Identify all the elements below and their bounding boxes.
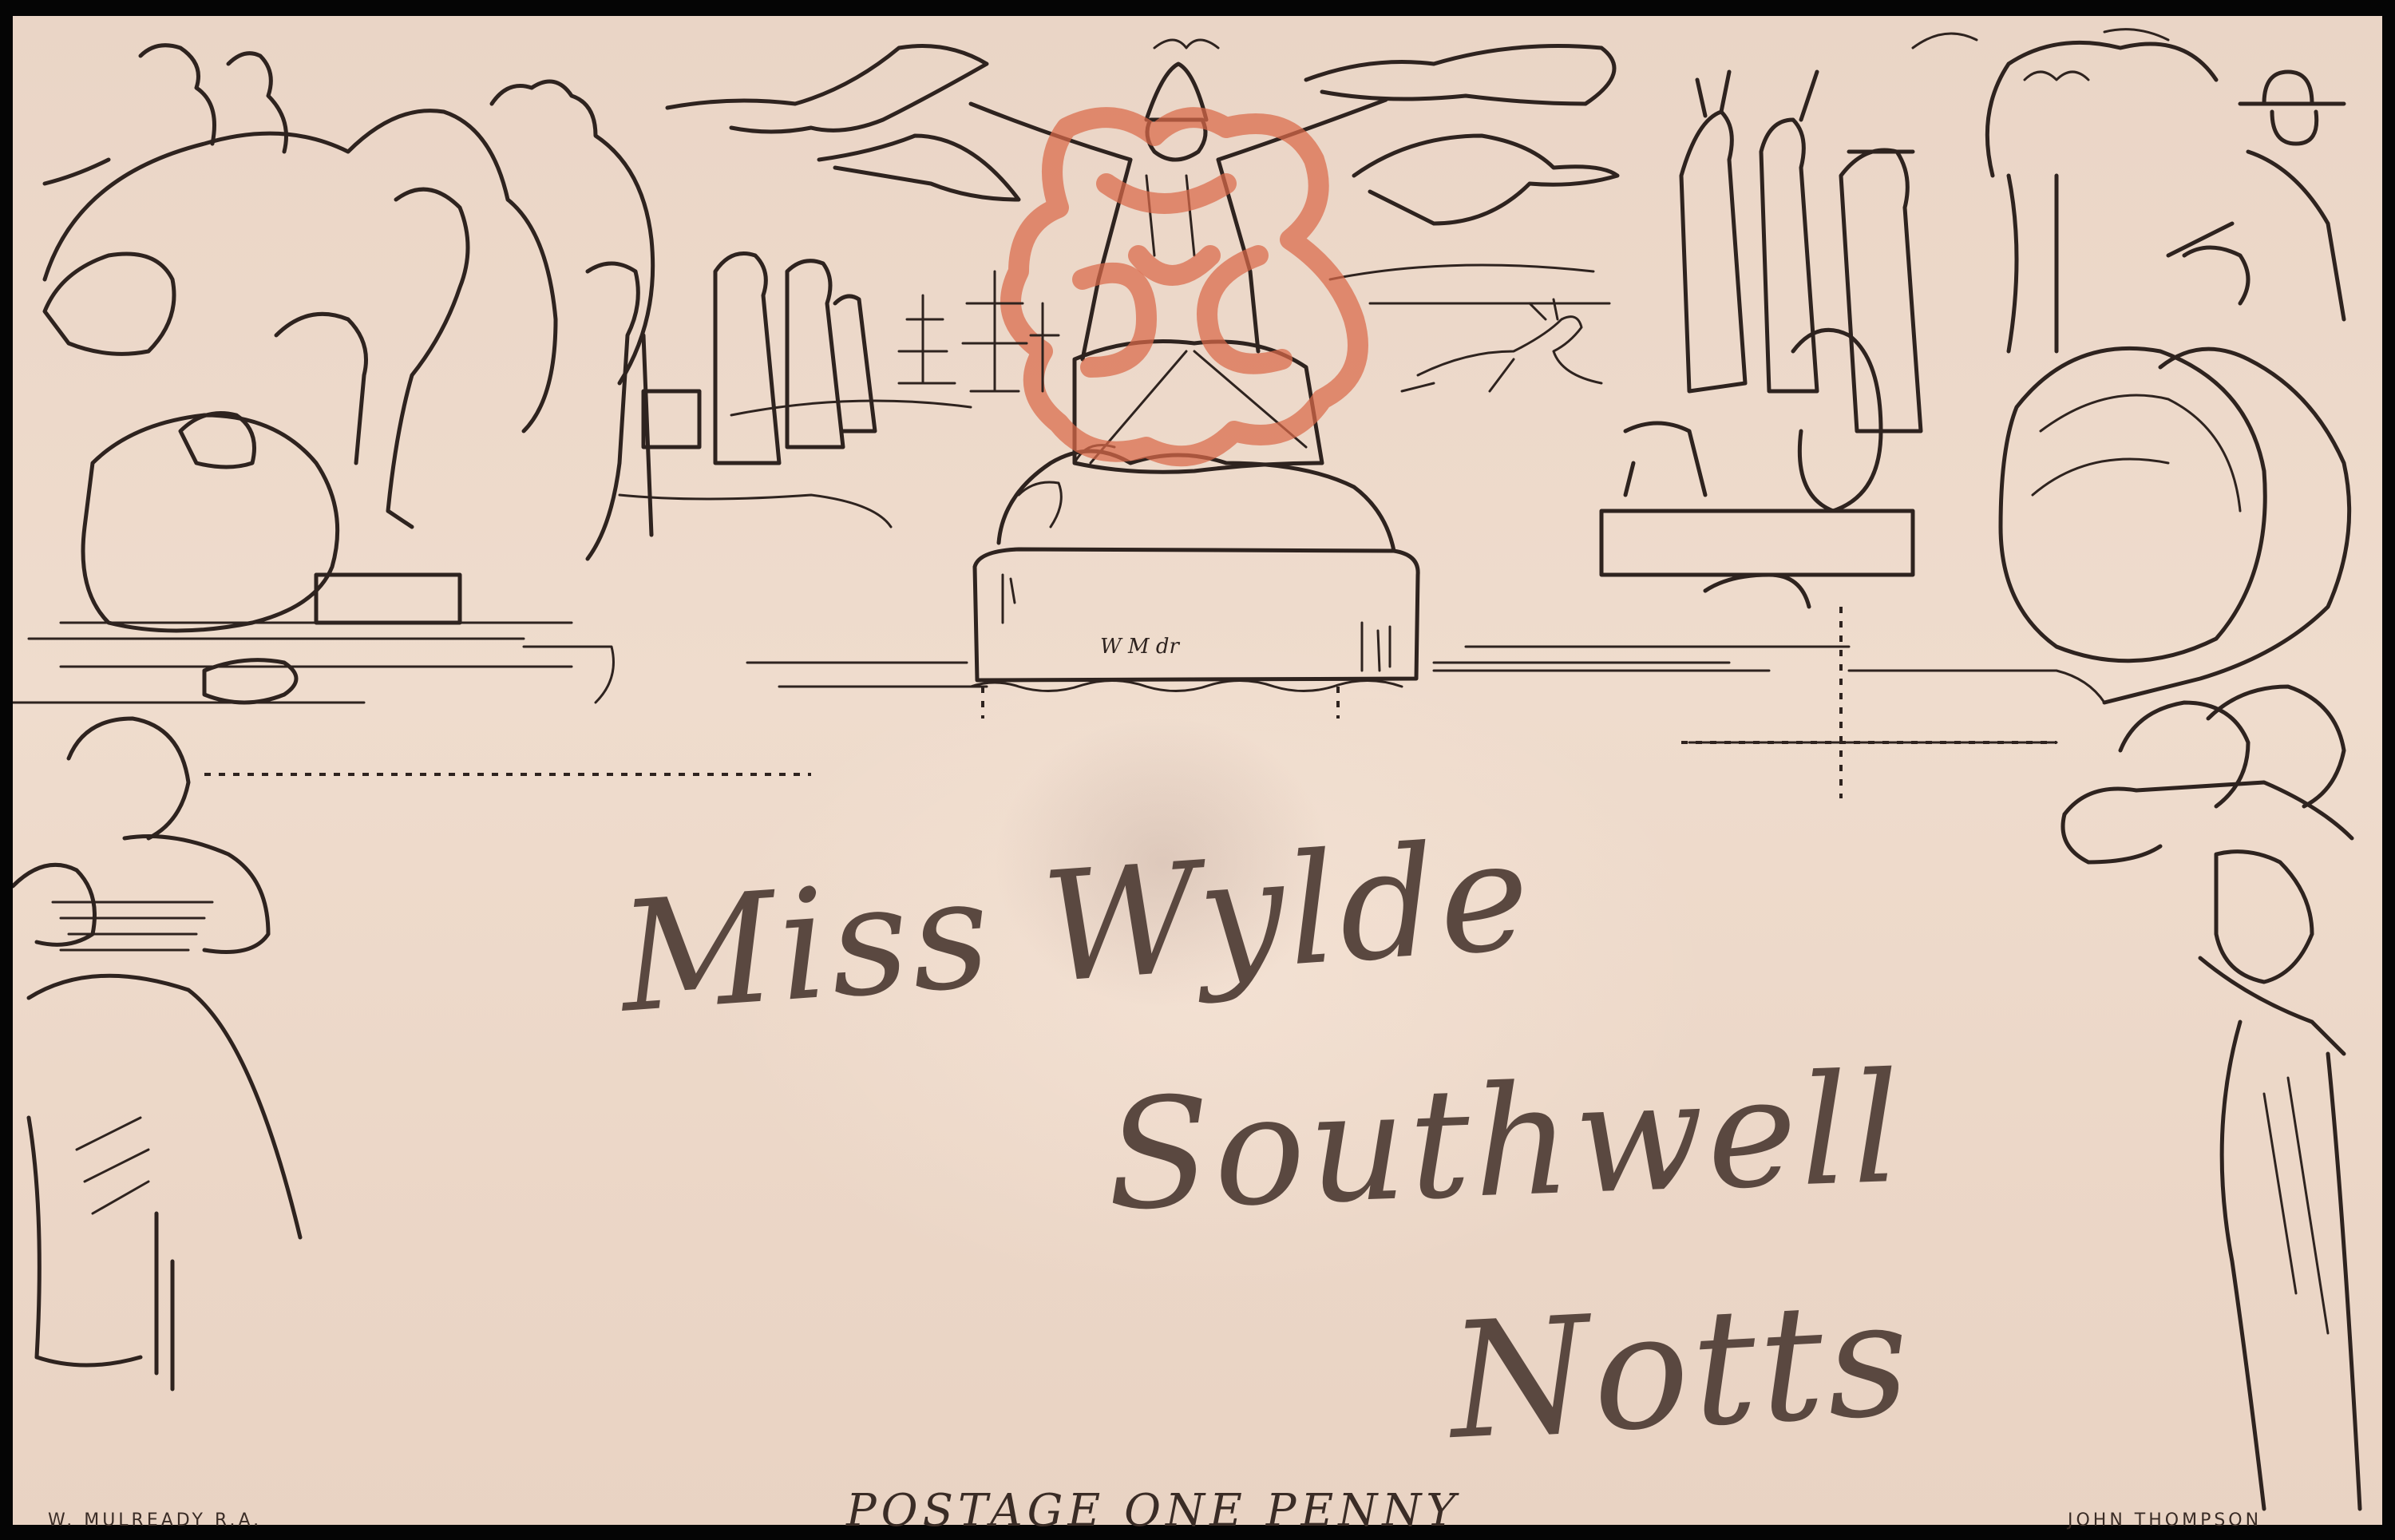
postage-denomination-text: POSTAGE ONE PENNY [846, 1485, 1460, 1537]
maltese-cross-cancellation [1011, 117, 1358, 456]
imprint-right: JOHN THOMPSON [2068, 1510, 2262, 1530]
deer-icon [1402, 299, 1601, 391]
plinth-icon [975, 549, 1418, 719]
merchants-scene [620, 254, 891, 528]
engraved-illustration [13, 16, 2382, 1525]
mother-children-reading-scene [2063, 687, 2360, 1509]
address-line-3: Notts [1445, 1265, 1916, 1475]
imprint-left: W. MULREADY R.A. [48, 1510, 262, 1530]
children-reading-scene [13, 719, 300, 1389]
address-line-2: Southwell [1103, 1040, 1906, 1245]
designer-signature: W M dr [1100, 635, 1179, 659]
eastern-traders-scene [45, 46, 653, 703]
envelope: Miss Wylde Southwell Notts W M dr [13, 16, 2382, 1525]
settlers-natives-scene [1601, 30, 2349, 798]
